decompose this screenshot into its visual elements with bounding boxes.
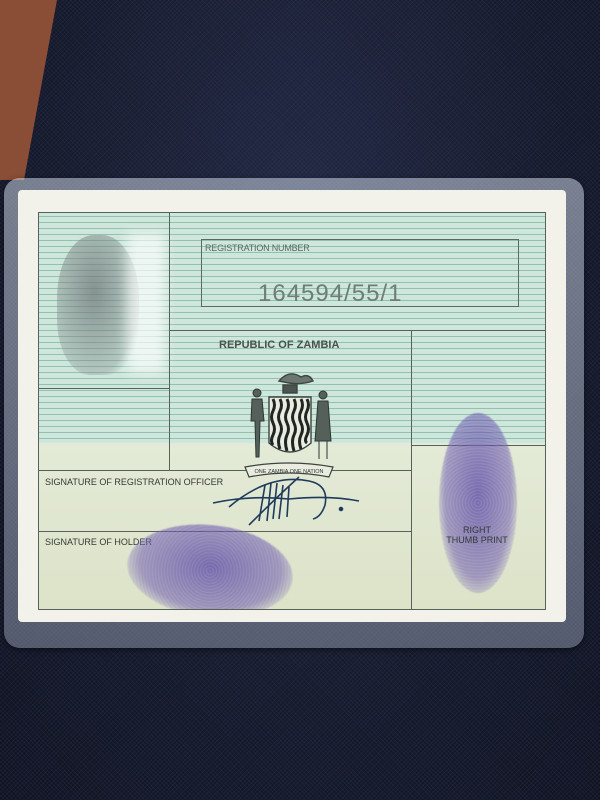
card-frame: REGISTRATION NUMBER 164594/55/1 REPUBLIC… [38, 212, 546, 610]
divider [411, 330, 412, 610]
right-thumb-print [439, 413, 517, 593]
light-glare [127, 233, 165, 373]
officer-signature [209, 465, 379, 531]
officer-signature-label: SIGNATURE OF REGISTRATION OFFICER [45, 477, 223, 487]
holder-photo [39, 213, 170, 389]
thumb-print-label: RIGHT THUMB PRINT [437, 525, 517, 545]
registration-label: REGISTRATION NUMBER [205, 243, 310, 253]
registration-number-box: REGISTRATION NUMBER 164594/55/1 [201, 239, 519, 307]
registration-card: REGISTRATION NUMBER 164594/55/1 REPUBLIC… [18, 190, 566, 622]
thumb-label-line1: RIGHT [437, 525, 517, 535]
thumb-label-line2: THUMB PRINT [437, 535, 517, 545]
divider [169, 213, 170, 470]
country-title: REPUBLIC OF ZAMBIA [219, 339, 339, 351]
divider [169, 330, 546, 331]
registration-number: 164594/55/1 [258, 280, 402, 308]
